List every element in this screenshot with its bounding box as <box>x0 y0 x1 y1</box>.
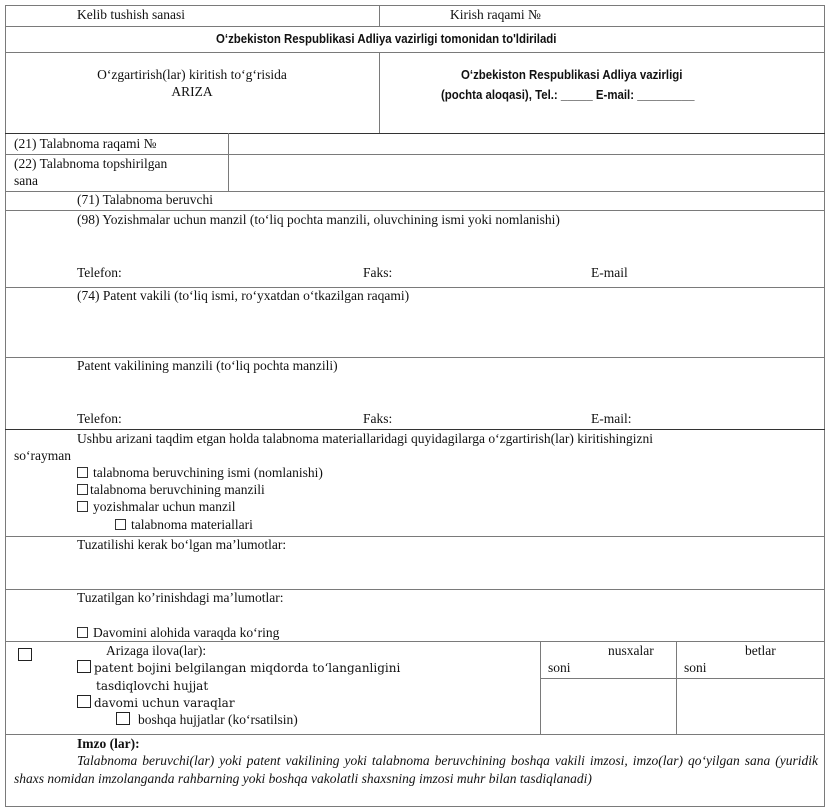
row-divider <box>540 678 825 679</box>
col-divider <box>228 133 229 191</box>
ministry-fill-note: O‘zbekiston Respublikasi Adliya vazirlig… <box>216 31 556 47</box>
row-divider <box>5 429 825 430</box>
request-option-applicant-name[interactable]: talabnoma beruvchining ismi (nomlanishi) <box>77 465 323 481</box>
request-text-line1: Ushbu arizani taqdim etgan holda talabno… <box>77 431 653 447</box>
row-divider <box>5 52 825 53</box>
attachments-checkbox[interactable] <box>18 648 32 661</box>
copies-count-field[interactable] <box>542 680 675 733</box>
checkbox-icon[interactable] <box>77 660 91 673</box>
row-divider <box>5 734 825 735</box>
frame-left-border <box>5 5 6 807</box>
to-correct-field[interactable] <box>7 555 823 587</box>
attachments-label: Arizaga ilova(lar): <box>106 643 206 659</box>
frame-right-border <box>824 5 825 807</box>
to-correct-label: Tuzatilishi kerak bo‘lgan ma’lumotlar: <box>77 537 286 553</box>
corrected-label: Tuzatilgan ko’rinishdagi ma’lumotlar: <box>77 590 283 606</box>
application-number-label: (21) Talabnoma raqami № <box>14 136 157 152</box>
checkbox-icon[interactable] <box>77 484 88 495</box>
addressee-line2: (pochta aloqasi), Tel.: _____ E-mail: __… <box>441 87 694 103</box>
corrected-field[interactable] <box>7 607 823 623</box>
row-divider <box>5 210 825 211</box>
pages-header-line1: betlar <box>745 643 776 659</box>
correspondence-address-label: (98) Yozishmalar uchun manzil (to‘liq po… <box>77 212 560 228</box>
request-text-line2: so‘rayman <box>14 448 71 464</box>
col-divider <box>676 641 677 734</box>
attorney-address-label: Patent vakilining manzili (to‘liq pochta… <box>77 358 338 374</box>
correspondence-address-field[interactable] <box>7 230 823 260</box>
attachment-continuation-sheets[interactable]: davomi uchun varaqlar <box>77 695 235 711</box>
row-divider <box>5 641 825 642</box>
filing-date-field[interactable] <box>230 155 824 191</box>
application-title-line2: ARIZA <box>5 83 379 100</box>
signature-instructions: Talabnoma beruvchi(lar) yoki patent vaki… <box>14 752 818 787</box>
correspondence-email-label: E-mail <box>591 265 628 281</box>
copies-header-line2: soni <box>548 660 571 676</box>
row-divider <box>5 26 825 27</box>
filing-date-label-line1: (22) Talabnoma topshirilgan <box>14 156 167 172</box>
patent-attorney-field[interactable] <box>7 306 823 356</box>
signature-label: Imzo (lar): <box>77 736 140 752</box>
application-title-line1: O‘zgartirish(lar) kiritish to‘g‘risida <box>5 66 379 83</box>
request-option-applicant-address[interactable]: talabnoma beruvchining manzili <box>77 482 265 498</box>
applicant-label: (71) Talabnoma beruvchi <box>77 192 213 208</box>
attachment-fee-document-line2: tasdiqlovchi hujjat <box>96 678 208 694</box>
patent-attorney-label: (74) Patent vakili (to‘liq ismi, ro‘yxat… <box>77 288 409 304</box>
request-option-correspondence-address[interactable]: yozishmalar uchun manzil <box>77 499 235 515</box>
request-option-application-materials[interactable]: talabnoma materiallari <box>115 517 253 533</box>
checkbox-icon[interactable] <box>77 501 88 512</box>
attachment-other-documents[interactable]: boshqa hujjatlar (ko‘rsatilsin) <box>116 712 298 728</box>
copies-header-line1: nusxalar <box>608 643 654 659</box>
pages-header-line2: soni <box>684 660 707 676</box>
checkbox-icon[interactable] <box>115 519 126 530</box>
attachment-fee-document[interactable]: patent bojini belgilangan miqdorda to‘la… <box>77 660 400 676</box>
row-divider <box>5 5 825 6</box>
checkbox-icon[interactable] <box>77 695 91 708</box>
col-divider <box>379 5 380 26</box>
attorney-address-field[interactable] <box>7 376 823 406</box>
entry-number-label: Kirish raqami № <box>450 7 541 23</box>
correspondence-fax-label: Faks: <box>363 265 392 281</box>
filing-date-label-line2: sana <box>14 173 38 189</box>
application-title: O‘zgartirish(lar) kiritish to‘g‘risida A… <box>5 66 379 100</box>
attorney-phone-label: Telefon: <box>77 411 122 427</box>
row-divider <box>5 806 825 807</box>
application-number-field[interactable] <box>230 134 824 154</box>
addressee-line1: O‘zbekiston Respublikasi Adliya vazirlig… <box>461 67 682 83</box>
continuation-option[interactable]: Davomini alohida varaqda ko‘ring <box>77 625 279 641</box>
correspondence-phone-label: Telefon: <box>77 265 122 281</box>
col-divider <box>379 52 380 133</box>
arrival-date-label: Kelib tushish sanasi <box>77 7 185 23</box>
checkbox-icon[interactable] <box>77 467 88 478</box>
attorney-email-label: E-mail: <box>591 411 632 427</box>
checkbox-icon[interactable] <box>116 712 130 725</box>
attorney-fax-label: Faks: <box>363 411 392 427</box>
col-divider <box>540 641 541 734</box>
pages-count-field[interactable] <box>678 680 823 733</box>
checkbox-icon[interactable] <box>77 627 88 638</box>
